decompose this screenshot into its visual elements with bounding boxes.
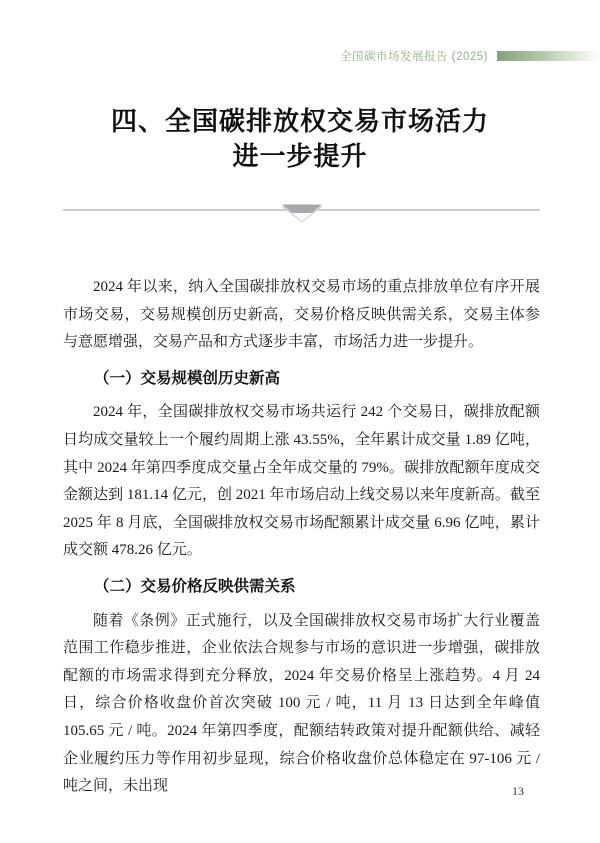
section-divider (63, 201, 540, 225)
header-gradient-bar (497, 51, 600, 61)
intro-paragraph: 2024 年以来，纳入全国碳排放权交易市场的重点排放单位有序开展市场交易，交易规… (63, 274, 540, 357)
chapter-title-line2: 进一步提升 (0, 139, 600, 174)
report-page: 全国碳市场发展报告 (2025) 四、全国碳排放权交易市场活力 进一步提升 20… (0, 0, 600, 843)
chapter-title-line1: 四、全国碳排放权交易市场活力 (0, 104, 600, 139)
page-header: 全国碳市场发展报告 (2025) (0, 49, 600, 63)
section-1-paragraph: 2024 年，全国碳排放权交易市场共运行 242 个交易日，碳排放配额日均成交量… (63, 399, 540, 565)
body-text: 2024 年以来，纳入全国碳排放权交易市场的重点排放单位有序开展市场交易，交易规… (63, 274, 540, 801)
page-number: 13 (503, 784, 533, 799)
running-header-title: 全国碳市场发展报告 (2025) (340, 48, 488, 64)
down-arrow-icon (63, 201, 540, 225)
chapter-title: 四、全国碳排放权交易市场活力 进一步提升 (0, 104, 600, 174)
section-2-heading: （二）交易价格反映供需关系 (63, 573, 540, 601)
section-1-heading: （一）交易规模创历史新高 (63, 365, 540, 393)
section-2-paragraph: 随着《条例》正式施行，以及全国碳排放权交易市场扩大行业覆盖范围工作稳步推进，企业… (63, 608, 540, 801)
